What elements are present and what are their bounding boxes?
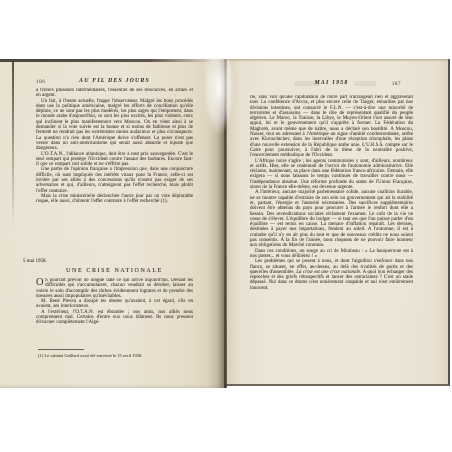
text-run: Dans ces conditions, on songe au cri de … — [250, 249, 413, 259]
left-page-content: 186 AU FIL DES JOURS à travers plusieurs… — [36, 78, 193, 205]
right-body-text: rie, sans voir qu'une capitulation de no… — [250, 95, 413, 291]
right-page: MAI 1958 187 rie, sans voir qu'une capit… — [226, 59, 450, 386]
paragraph: Dans ces conditions, on songe au cri de … — [250, 249, 413, 260]
text-run: A l'extérieur, l'O.T.A.N. est ébranlée ;… — [36, 310, 193, 326]
text-run: Une partie de l'opinion française a l'im… — [36, 167, 193, 193]
text-run: Mais la crise ministérielle déclenchée l… — [36, 194, 193, 204]
text-run: L'O.T.A.N., l'alliance atlantique, doit … — [36, 152, 193, 168]
paragraph: Un fait, à l'heure actuelle, frappe l'ob… — [36, 99, 193, 152]
paragraph: M. René Pleven a dissipé les doutes qu'a… — [36, 299, 193, 310]
text-run: M. René Pleven a dissipé les doutes qu'a… — [36, 299, 193, 309]
right-page-header: MAI 1958 187 — [250, 80, 413, 90]
left-body-text: à travers plusieurs intermédiaires, l'es… — [36, 88, 193, 205]
paragraph: Mais la crise ministérielle déclenchée l… — [36, 194, 193, 205]
paragraph: rie, sans voir qu'une capitulation de no… — [250, 95, 413, 159]
section-heading: UNE CRISE NATIONALE — [36, 268, 193, 274]
open-book: 186 AU FIL DES JOURS à travers plusieurs… — [0, 59, 452, 389]
footnote-block: (1) Le cabinet Gaillard avait été renver… — [38, 349, 188, 358]
text-run: L'Afrique noire s'agite ; les agents com… — [250, 159, 413, 190]
right-page-number: 187 — [392, 81, 401, 87]
right-page-content: MAI 1958 187 rie, sans voir qu'une capit… — [250, 80, 413, 291]
footnote-text: (1) Le cabinet Gaillard avait été renver… — [38, 353, 188, 358]
paragraph: L'O.T.A.N., l'alliance atlantique, doit … — [36, 152, 193, 168]
left-section-text: On pourrait prévoir de longue date ce qu… — [36, 278, 193, 326]
paragraph: L'Afrique noire s'agite ; les agents com… — [250, 159, 413, 191]
text-run: rie, sans voir qu'une capitulation de no… — [250, 95, 413, 158]
text-run: A l'intérieur, aucune majorité parlement… — [250, 190, 413, 248]
footnote-rule — [38, 349, 84, 350]
right-running-head: MAI 1958 — [250, 80, 413, 86]
left-page-header: 186 AU FIL DES JOURS — [36, 78, 193, 88]
left-section-block: 5 mai 1958. UNE CRISE NATIONALE On pourr… — [36, 259, 193, 326]
drop-cap: O — [36, 279, 44, 288]
date-line: 5 mai 1958. — [23, 259, 193, 264]
book-scan: 186 AU FIL DES JOURS à travers plusieurs… — [0, 0, 452, 452]
left-running-head: AU FIL DES JOURS — [36, 78, 193, 84]
paragraph: à travers plusieurs intermédiaires, l'es… — [36, 88, 193, 99]
text-run: n pourrait prévoir de longue date ce qui… — [36, 278, 193, 299]
paragraph: On pourrait prévoir de longue date ce qu… — [36, 278, 193, 299]
text-run: à travers plusieurs intermédiaires, l'es… — [36, 88, 193, 98]
paragraph: Une partie de l'opinion française a l'im… — [36, 167, 193, 193]
left-page: 186 AU FIL DES JOURS à travers plusieurs… — [0, 59, 226, 388]
cover-edge — [12, 61, 14, 226]
left-page-number: 186 — [36, 79, 45, 85]
paragraph: Les problèmes qui se posent à nous, et d… — [250, 259, 413, 291]
paragraph: A l'intérieur, aucune majorité parlement… — [250, 190, 413, 248]
text-run: Un fait, à l'heure actuelle, frappe l'ob… — [36, 99, 193, 152]
paragraph: A l'extérieur, l'O.T.A.N. est ébranlée ;… — [36, 310, 193, 326]
